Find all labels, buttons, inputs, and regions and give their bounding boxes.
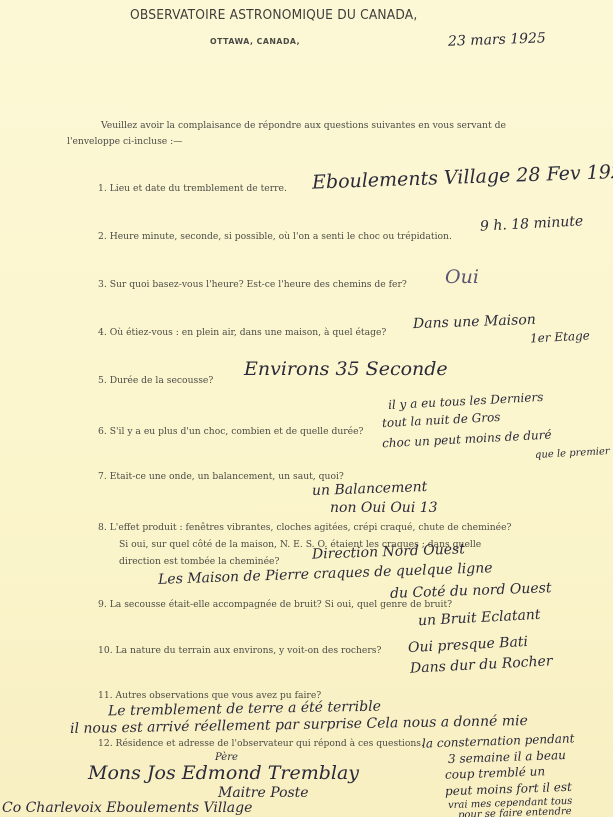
signature-address: Co Charlevoix Eboulements Village: [2, 800, 252, 816]
question-text: S'il y a eu plus d'un choc, combien et d…: [110, 426, 364, 437]
question-text: La nature du terrain aux environs, y voi…: [116, 645, 382, 656]
question-number: 5.: [98, 375, 107, 386]
answer-10-line-2: Dans dur du Rocher: [410, 653, 553, 676]
question-text: La secousse était-elle accompagnée de br…: [110, 599, 452, 610]
question-number: 8.: [98, 522, 107, 533]
question-number: 12.: [98, 738, 113, 749]
question-7: 7. Etait-ce une onde, un balancement, un…: [98, 471, 344, 482]
question-text: Résidence et adresse de l'observateur qu…: [116, 738, 424, 749]
answer-6-line-1: il y a eu tous les Derniers: [388, 390, 544, 412]
answer-2: 9 h. 18 minute: [480, 213, 584, 234]
question-text: Etait-ce une onde, un balancement, un sa…: [110, 471, 344, 482]
question-9: 9. La secousse était-elle accompagnée de…: [98, 599, 452, 610]
answer-3: Oui: [445, 266, 479, 288]
question-text: Où étiez-vous : en plein air, dans une m…: [110, 327, 387, 338]
answer-9: un Bruit Eclatant: [418, 607, 541, 629]
answer-12-line-4: peut moins fort il est: [445, 780, 572, 798]
question-text: Sur quoi basez-vous l'heure? Est-ce l'he…: [110, 279, 407, 290]
question-text: L'effet produit : fenêtres vibrantes, cl…: [110, 522, 512, 533]
question-number: 4.: [98, 327, 107, 338]
location-subtitle: OTTAWA, CANADA,: [210, 37, 300, 46]
answer-6-line-2: tout la nuit de Gros: [382, 410, 501, 430]
answer-6-line-4: que le premier: [535, 446, 610, 461]
question-1: 1. Lieu et date du tremblement de terre.: [98, 183, 287, 194]
question-8: 8. L'effet produit : fenêtres vibrantes,…: [98, 522, 511, 533]
question-number: 11.: [98, 690, 113, 701]
question-4: 4. Où étiez-vous : en plein air, dans un…: [98, 327, 386, 338]
answer-1: Eboulements Village 28 Fev 1925: [312, 160, 613, 193]
questionnaire-page: OBSERVATOIRE ASTRONOMIQUE DU CANADA, OTT…: [0, 0, 613, 817]
question-2: 2. Heure minute, seconde, si possible, o…: [98, 231, 452, 242]
answer-4-line-2: 1er Etage: [530, 328, 590, 345]
question-number: 6.: [98, 426, 107, 437]
intro-line-2: l'enveloppe ci-incluse :—: [67, 136, 182, 147]
question-number: 10.: [98, 645, 113, 656]
answer-6-line-3: choc un peut moins de duré: [382, 428, 552, 451]
question-6: 6. S'il y a eu plus d'un choc, combien e…: [98, 426, 363, 437]
answer-12-line-3: coup tremblé un: [445, 764, 546, 781]
answer-8-above: non Oui Oui 13: [330, 500, 438, 516]
answer-7: un Balancement: [312, 479, 428, 499]
question-number: 7.: [98, 471, 107, 482]
question-number: 1.: [98, 183, 107, 194]
intro-line-1: Veuillez avoir la complaisance de répond…: [101, 120, 506, 131]
question-8-line-3: direction est tombée la cheminée?: [119, 556, 279, 567]
question-10: 10. La nature du terrain aux environs, y…: [98, 645, 381, 656]
question-number: 3.: [98, 279, 107, 290]
question-text: Durée de la secousse?: [110, 375, 214, 386]
question-12: 12. Résidence et adresse de l'observateu…: [98, 738, 424, 749]
question-number: 2.: [98, 231, 107, 242]
handwritten-date: 23 mars 1925: [448, 30, 546, 49]
answer-12-line-2: 3 semaine il a beau: [448, 748, 566, 766]
question-text: Heure minute, seconde, si possible, où l…: [110, 231, 452, 242]
answer-4-line-1: Dans une Maison: [413, 312, 536, 332]
answer-10-line-1: Oui presque Bati: [408, 634, 529, 656]
signature-title: Maitre Poste: [218, 785, 309, 801]
question-3: 3. Sur quoi basez-vous l'heure? Est-ce l…: [98, 279, 407, 290]
question-5: 5. Durée de la secousse?: [98, 375, 213, 386]
question-text: Lieu et date du tremblement de terre.: [110, 183, 287, 194]
answer-5: Environs 35 Seconde: [244, 358, 448, 380]
signature-name: Mons Jos Edmond Tremblay: [88, 762, 359, 784]
question-number: 9.: [98, 599, 107, 610]
institution-title: OBSERVATOIRE ASTRONOMIQUE DU CANADA,: [130, 8, 417, 23]
